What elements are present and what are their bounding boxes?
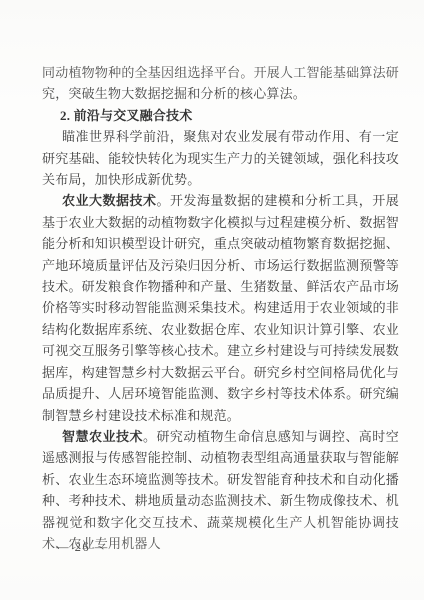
paragraph-lead-term: 农业大数据技术 [62, 193, 156, 208]
paragraph-lead-term: 智慧农业技术 [62, 429, 143, 444]
document-page: 同动植物物种的全基因组选择平台。开展人工智能基础算法研究，突破生物大数据挖掘和分… [0, 0, 424, 600]
page-number: — 26 — [56, 540, 109, 555]
section-heading: 2. 前沿与交叉融合技术 [42, 105, 399, 126]
text-block: 同动植物物种的全基因组选择平台。开展人工智能基础算法研究，突破生物大数据挖掘和分… [42, 62, 399, 554]
paragraph-continuation: 同动植物物种的全基因组选择平台。开展人工智能基础算法研究，突破生物大数据挖掘和分… [42, 62, 399, 105]
paragraph-big-data: 农业大数据技术。开发海量数据的建模和分析工具，开展基于农业大数据的动植物数字化模… [42, 190, 399, 425]
paragraph-intro: 瞄准世界科学前沿，聚焦对农业发展有带动作用、有一定研究基础、能较快转化为现实生产… [42, 126, 399, 190]
paragraph-smart-agriculture: 智慧农业技术。研究动植物生命信息感知与调控、高时空遥感测报与传感智能控制、动植物… [42, 426, 399, 554]
paragraph-text: 。研究动植物生命信息感知与调控、高时空遥感测报与传感智能控制、动植物表型组高通量… [42, 429, 399, 551]
paragraph-text: 。开发海量数据的建模和分析工具，开展基于农业大数据的动植物数字化模拟与过程建模分… [42, 193, 399, 422]
